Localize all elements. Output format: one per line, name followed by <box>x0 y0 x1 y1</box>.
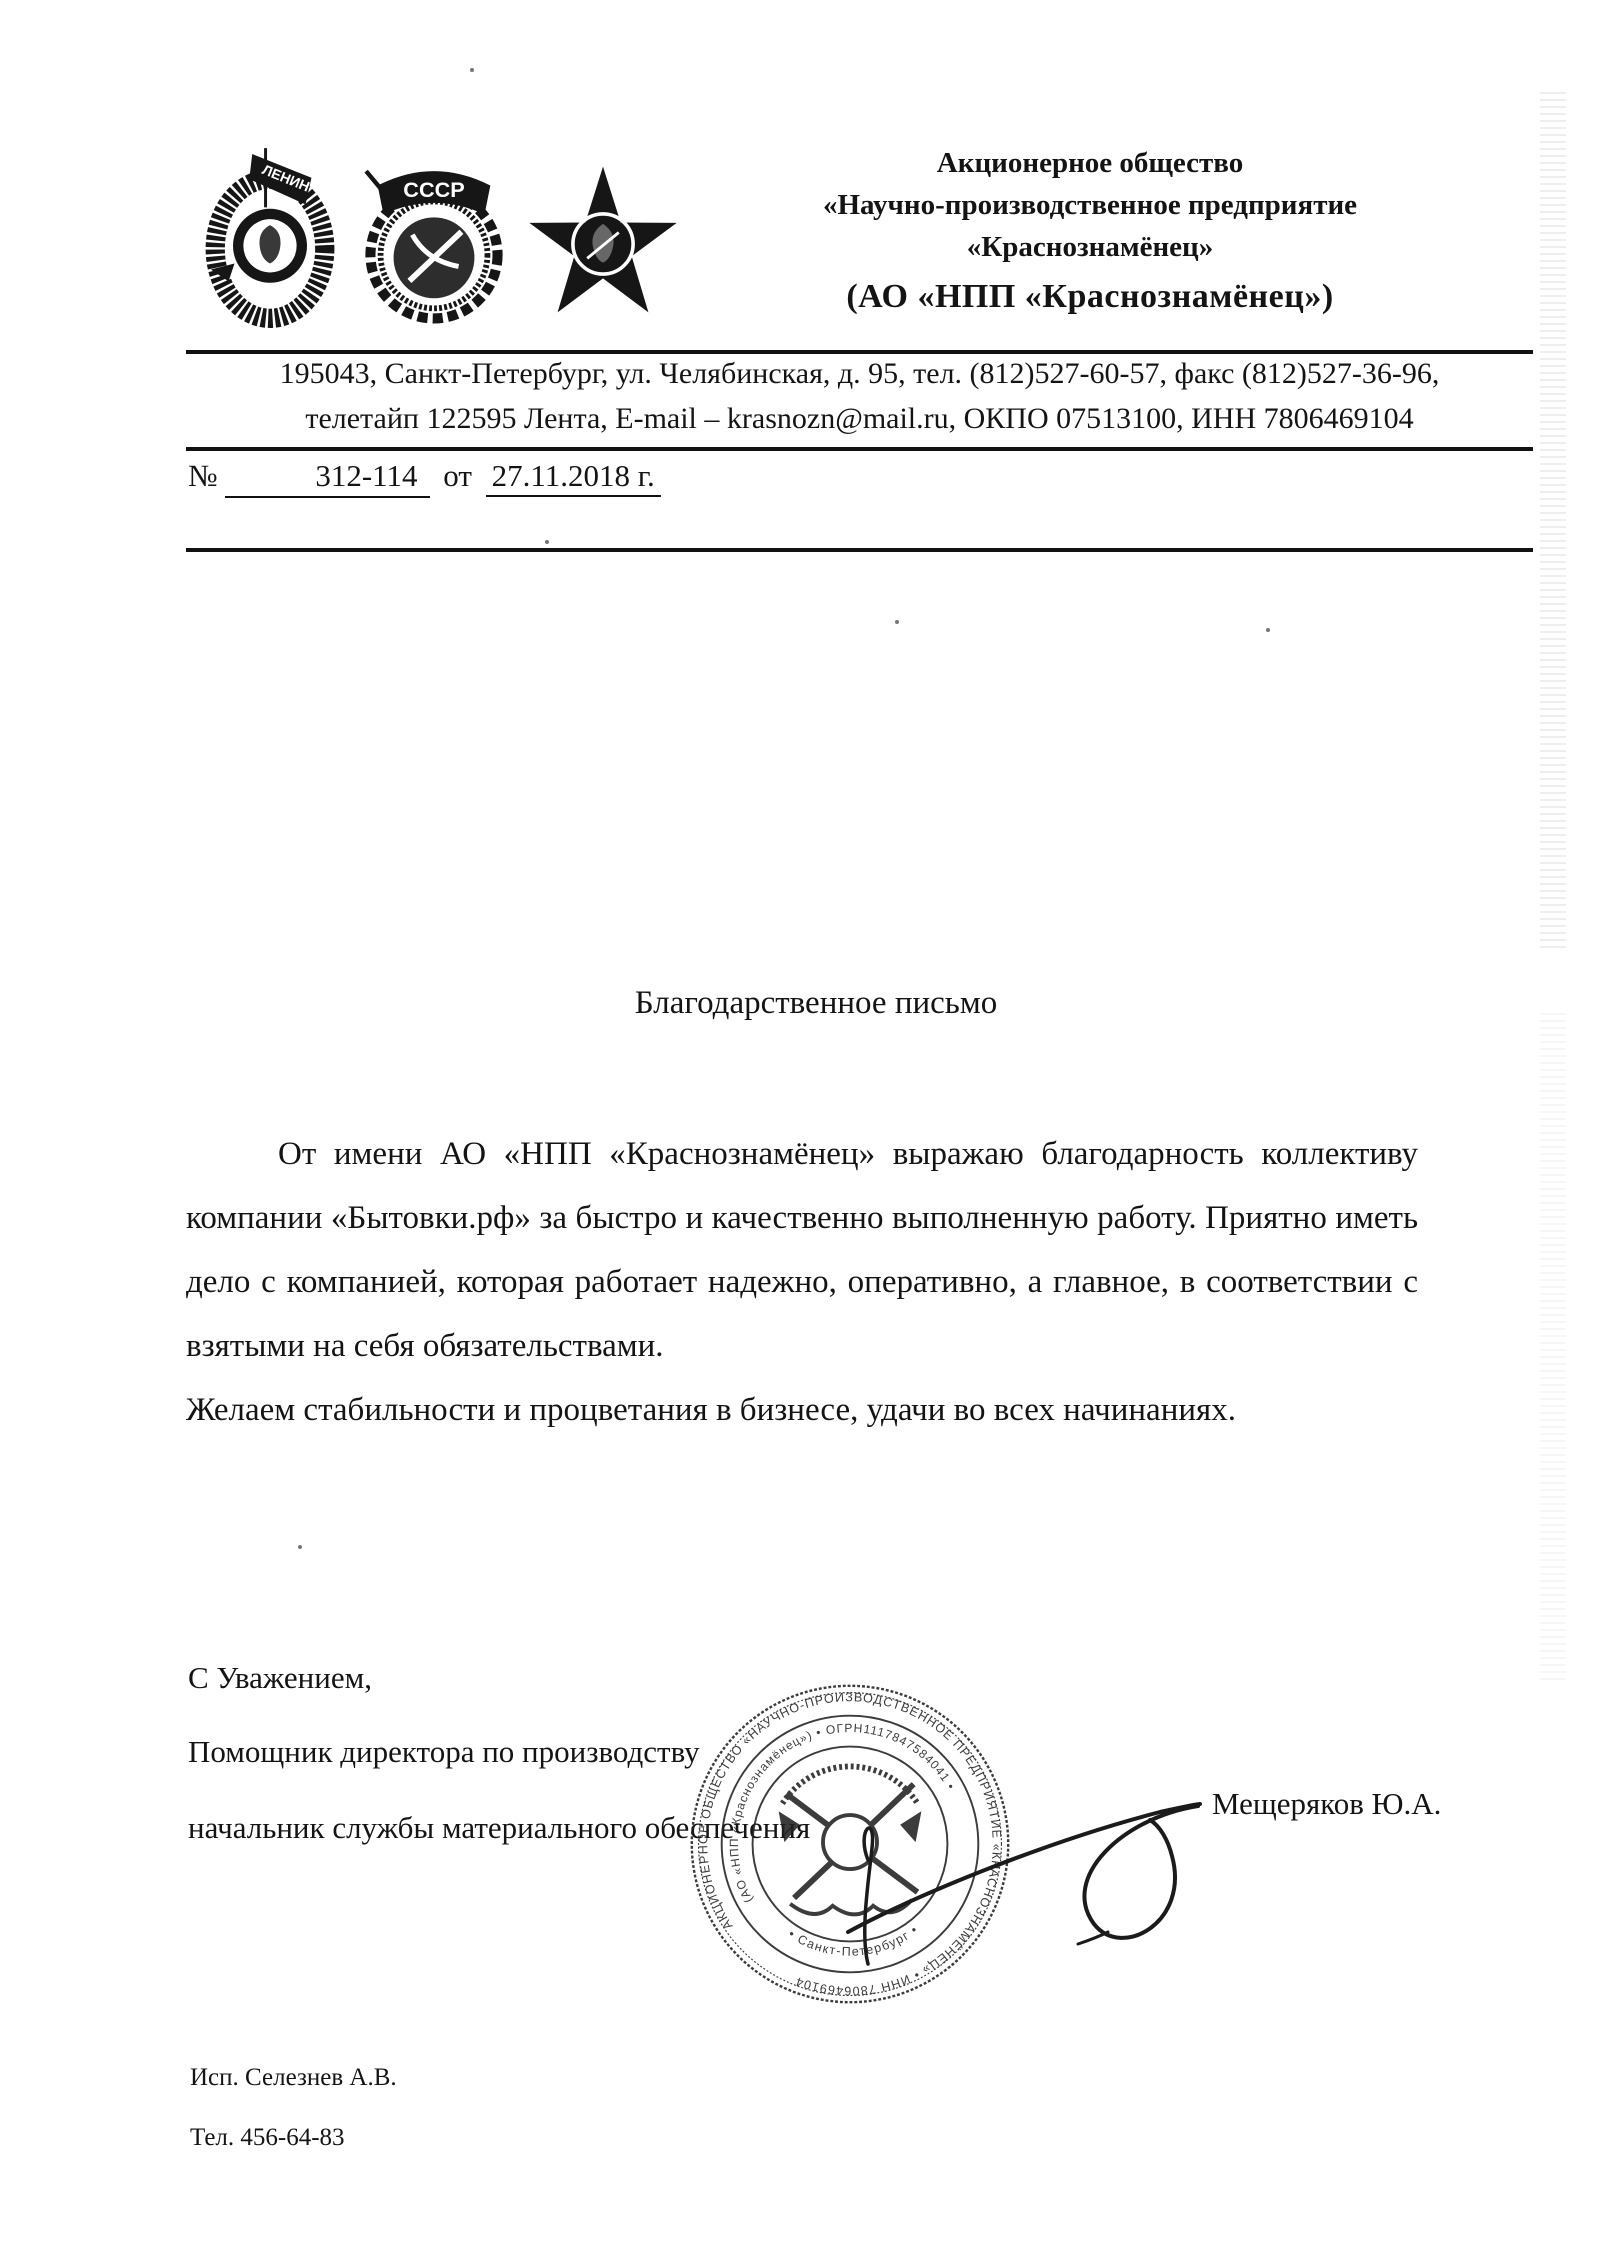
scan-speck <box>545 540 549 544</box>
handwritten-signature <box>842 1782 1217 1982</box>
org-name-line1: Акционерное общество <box>640 142 1540 184</box>
letter-paragraph-2: Желаем стабильности и процветания в бизн… <box>186 1378 1418 1442</box>
ref-ot-label: от <box>437 458 478 493</box>
executor-phone: Тел. 456-64-83 <box>190 2108 397 2168</box>
executor-name: Исп. Селезнев А.В. <box>190 2048 397 2108</box>
scan-speck <box>895 620 899 624</box>
letterhead-divider-middle <box>186 447 1533 451</box>
address-line-1: 195043, Санкт-Петербург, ул. Челябинская… <box>186 357 1533 391</box>
scan-speck <box>470 68 474 72</box>
letter-body: От имени АО «НПП «Краснознамёнец» выража… <box>186 1122 1418 1442</box>
org-name-line3: «Краснознамёнец» <box>640 226 1540 268</box>
ref-number-value: 312-114 <box>225 458 429 498</box>
letterhead-divider-top <box>186 350 1533 354</box>
executor-footer: Исп. Селезнев А.В. Тел. 456-64-83 <box>190 2048 397 2168</box>
org-name-line2: «Научно-производственное предприятие <box>640 184 1540 226</box>
scan-speck <box>298 1545 302 1549</box>
scan-speck <box>1266 628 1270 632</box>
letterhead-divider-bottom <box>186 548 1533 552</box>
letter-paragraph-1: От имени АО «НПП «Краснознамёнец» выража… <box>186 1122 1418 1378</box>
order-of-lenin-icon: ЛЕНИН <box>196 132 344 330</box>
ref-date-value: 27.11.2018 г. <box>486 458 661 497</box>
scan-artifact-strip <box>1540 88 1566 948</box>
org-name-block: Акционерное общество «Научно-производств… <box>640 142 1540 316</box>
letterhead-medals: ЛЕНИН СССР <box>196 132 682 330</box>
svg-text:СССР: СССР <box>403 177 464 202</box>
ref-number-label: № <box>188 458 218 493</box>
scanned-letter-page: ЛЕНИН СССР Акционерное общество «Научно-… <box>0 0 1600 2262</box>
scan-artifact-strip <box>1540 1010 1566 1680</box>
org-short-name: (АО «НПП «Краснознамёнец») <box>640 278 1540 316</box>
signature-name: Мещеряков Ю.А. <box>1212 1786 1441 1822</box>
letter-title: Благодарственное письмо <box>186 985 1446 1022</box>
reference-line: № 312-114 от 27.11.2018 г. <box>188 458 661 498</box>
address-line-2: телетайп 122595 Лента, E-mail – krasnozn… <box>186 402 1533 436</box>
order-of-red-banner-of-labour-icon: СССР <box>354 148 514 330</box>
